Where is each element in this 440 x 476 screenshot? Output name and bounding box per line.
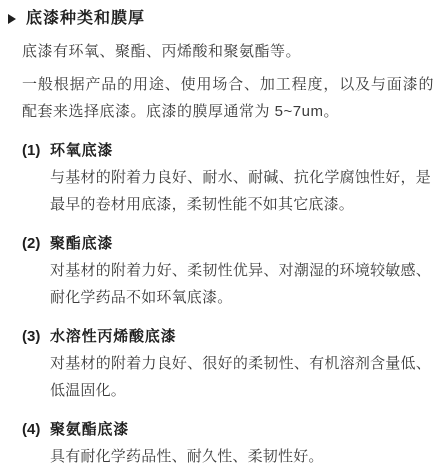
- section-heading-row: (4) 聚氨酯底漆: [22, 416, 440, 443]
- section-body: 与基材的附着力良好、耐水、耐碱、抗化学腐蚀性好，是最早的卷材用底漆，柔韧性能不如…: [50, 164, 431, 218]
- section-body: 对基材的附着力良好、很好的柔韧性、有机溶剂含量低、低温固化。: [50, 350, 431, 404]
- triangle-bullet-icon: [8, 14, 16, 24]
- section-heading: 环氧底漆: [50, 137, 113, 164]
- section-heading: 水溶性丙烯酸底漆: [50, 323, 176, 350]
- section-body: 对基材的附着力好、柔韧性优异、对潮湿的环境较敏感、耐化学药品不如环氧底漆。: [50, 257, 431, 311]
- section-waterborne-acrylic-primer: (3) 水溶性丙烯酸底漆 对基材的附着力良好、很好的柔韧性、有机溶剂含量低、低温…: [22, 323, 440, 404]
- section-number: (3): [22, 323, 50, 350]
- section-heading: 聚氨酯底漆: [50, 416, 129, 443]
- section-body: 具有耐化学药品性、耐久性、柔韧性好。: [50, 443, 431, 470]
- intro-paragraph-1: 底漆有环氧、聚酯、丙烯酸和聚氨酯等。: [22, 38, 434, 65]
- section-heading: 聚酯底漆: [50, 230, 113, 257]
- document-page: 底漆种类和膜厚 底漆有环氧、聚酯、丙烯酸和聚氨酯等。 一般根据产品的用途、使用场…: [0, 0, 440, 476]
- section-heading-row: (3) 水溶性丙烯酸底漆: [22, 323, 440, 350]
- section-heading-row: (1) 环氧底漆: [22, 137, 440, 164]
- title-row: 底漆种类和膜厚: [8, 8, 440, 30]
- section-heading-row: (2) 聚酯底漆: [22, 230, 440, 257]
- section-polyester-primer: (2) 聚酯底漆 对基材的附着力好、柔韧性优异、对潮湿的环境较敏感、耐化学药品不…: [22, 230, 440, 311]
- page-title: 底漆种类和膜厚: [26, 8, 145, 30]
- section-number: (1): [22, 137, 50, 164]
- intro-paragraph-2: 一般根据产品的用途、使用场合、加工程度，以及与面漆的配套来选择底漆。底漆的膜厚通…: [22, 71, 434, 125]
- section-polyurethane-primer: (4) 聚氨酯底漆 具有耐化学药品性、耐久性、柔韧性好。: [22, 416, 440, 470]
- section-number: (2): [22, 230, 50, 257]
- section-epoxy-primer: (1) 环氧底漆 与基材的附着力良好、耐水、耐碱、抗化学腐蚀性好，是最早的卷材用…: [22, 137, 440, 218]
- section-number: (4): [22, 416, 50, 443]
